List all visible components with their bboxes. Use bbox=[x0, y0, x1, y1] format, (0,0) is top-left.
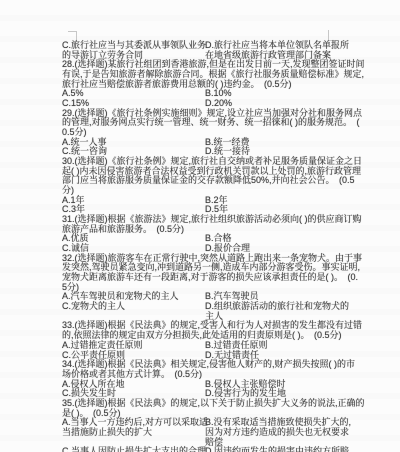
right-column-text: D.因违约而发生的损害由违约方所赔 bbox=[205, 447, 349, 452]
right-column-text: 因为对方违约造成的损失也无权要求 bbox=[205, 428, 349, 438]
left-column-text: 当措施防止损失的扩大 bbox=[62, 428, 152, 438]
left-column-text: C.宠物犬的主人 bbox=[62, 302, 125, 312]
question-text-line: 宠物犬距离旅游车还有一段距离,对于游客的损失应该承担责任的是( )。 (0. bbox=[62, 273, 374, 283]
left-column-text: C.当事人因防止损失扩大支出的合理 bbox=[62, 447, 206, 452]
right-column-text: D.组织旅游活动的旅行社和宠物犬的 bbox=[205, 302, 349, 312]
document-page: C.旅行社应当与其委派从事领队业务D.旅行社应当将本单位领队名单报所的导游订立劳… bbox=[0, 0, 400, 452]
question-text-line: 的管理,对服务网点实行统一管理、统一财务、统一招徕和( )的服务规范。 ( bbox=[62, 118, 374, 128]
two-column-line: C.当事人因防止损失扩大支出的合理D.因违约而发生的损害由违约方所赔 bbox=[62, 447, 374, 452]
question-text-line: 部门应当将旅游服务质量保证金的交存款额降低50%,并向社会公告。 (0.5 bbox=[62, 176, 374, 186]
exam-content: C.旅行社应当与其委派从事领队业务D.旅行社应当将本单位领队名单报所的导游订立劳… bbox=[62, 41, 374, 452]
